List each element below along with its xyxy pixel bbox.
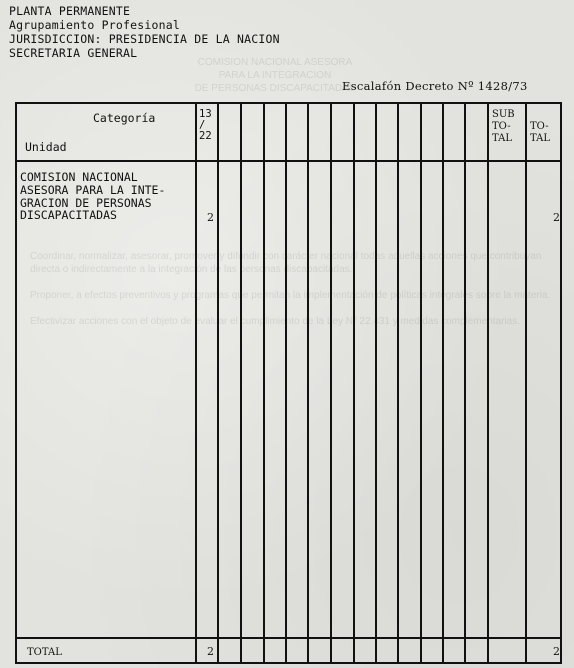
total-row-divider bbox=[17, 637, 560, 639]
total-row-label: TOTAL bbox=[27, 646, 62, 659]
document-header: PLANTA PERMANENTE Agrupamiento Profesion… bbox=[9, 4, 280, 60]
grand-total-value: 2 bbox=[553, 645, 560, 658]
header-line-secretaria: SECRETARIA GENERAL bbox=[9, 46, 280, 60]
category-13-22-value: 2 bbox=[207, 211, 214, 224]
column-divider bbox=[442, 104, 444, 662]
staffing-table: Categoría Unidad 13 / 22 SUB TO- TAL TO-… bbox=[15, 102, 562, 664]
column-divider bbox=[487, 104, 489, 662]
header-line-agrupamiento: Agrupamiento Profesional bbox=[9, 18, 280, 32]
column-divider bbox=[420, 104, 422, 662]
column-divider bbox=[375, 104, 377, 662]
column-divider bbox=[525, 104, 527, 662]
unit-header: Unidad bbox=[25, 141, 67, 154]
column-divider bbox=[464, 104, 466, 662]
unit-name-cell: COMISION NACIONAL ASESORA PARA LA INTE- … bbox=[20, 171, 165, 222]
column-divider bbox=[397, 104, 399, 662]
column-divider bbox=[307, 104, 309, 662]
category-header: Categoría bbox=[93, 112, 155, 125]
column-divider bbox=[330, 104, 332, 662]
row-total-value: 2 bbox=[553, 211, 560, 224]
column-divider bbox=[285, 104, 287, 662]
header-row-divider bbox=[17, 160, 560, 162]
header-line-jurisdiccion: JURISDICCION: PRESIDENCIA DE LA NACION bbox=[9, 32, 280, 46]
column-divider bbox=[217, 104, 219, 662]
header-line-planta: PLANTA PERMANENTE bbox=[9, 4, 280, 18]
column-divider bbox=[240, 104, 242, 662]
bleed-through-text: COMISION NACIONAL ASESORAPARA LA INTEGRA… bbox=[185, 56, 365, 95]
column-divider bbox=[195, 104, 197, 662]
total-category-13-22: 2 bbox=[207, 645, 214, 658]
column-divider bbox=[263, 104, 265, 662]
escalafon-decree: Escalafón Decreto Nº 1428/73 bbox=[342, 79, 528, 93]
category-13-22-header: 13 / 22 bbox=[199, 109, 212, 142]
column-divider bbox=[353, 104, 355, 662]
subtotal-header: SUB TO- TAL bbox=[492, 109, 515, 145]
total-header: TO- TAL bbox=[530, 121, 550, 145]
